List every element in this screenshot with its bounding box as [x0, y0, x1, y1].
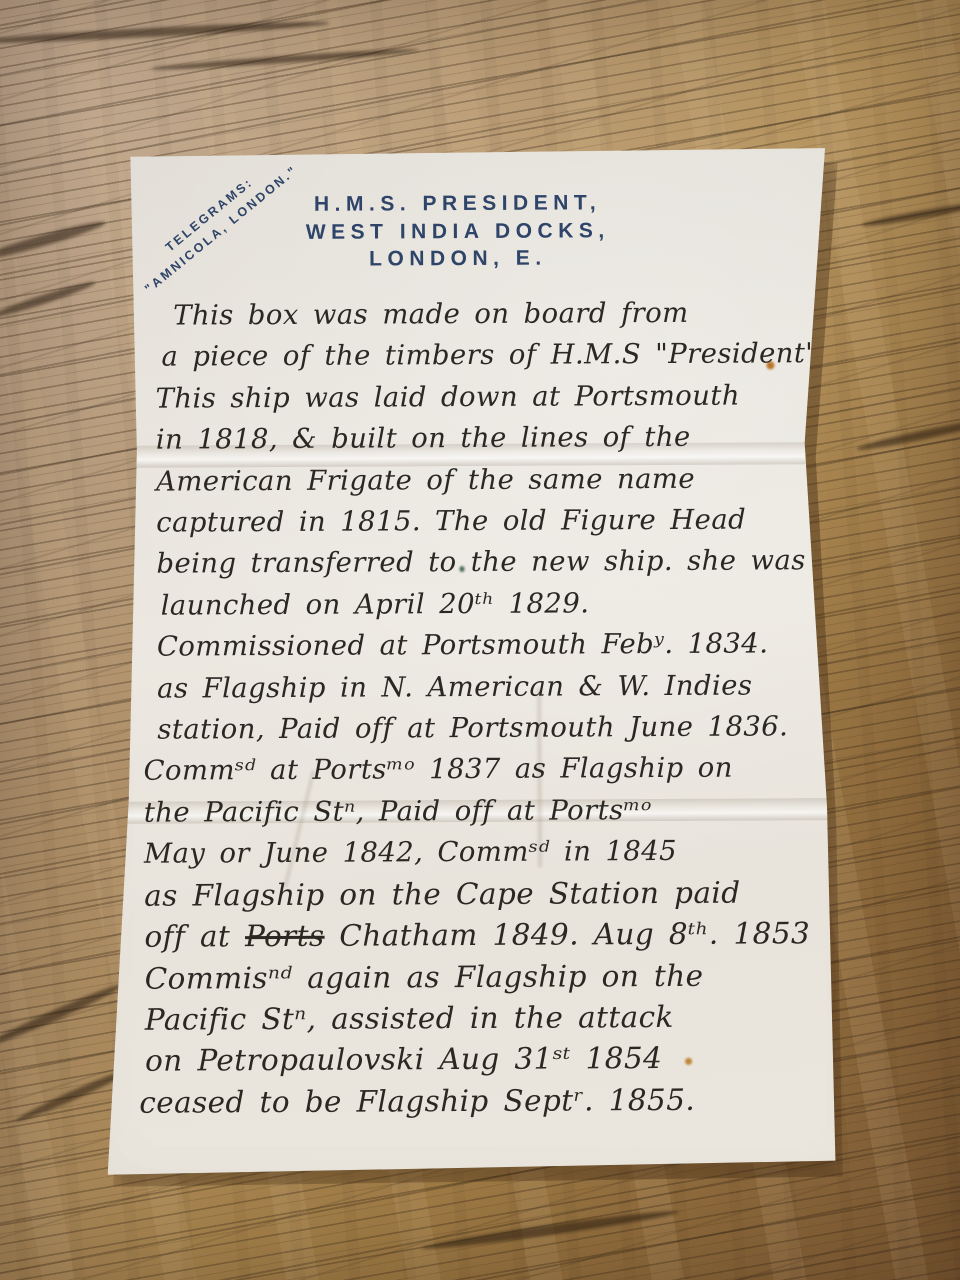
photo-vignette — [0, 0, 960, 1280]
photo-of-letter-on-table: TELEGRAMS: "AMNICOLA, LONDON." H.M.S. PR… — [0, 0, 960, 1280]
